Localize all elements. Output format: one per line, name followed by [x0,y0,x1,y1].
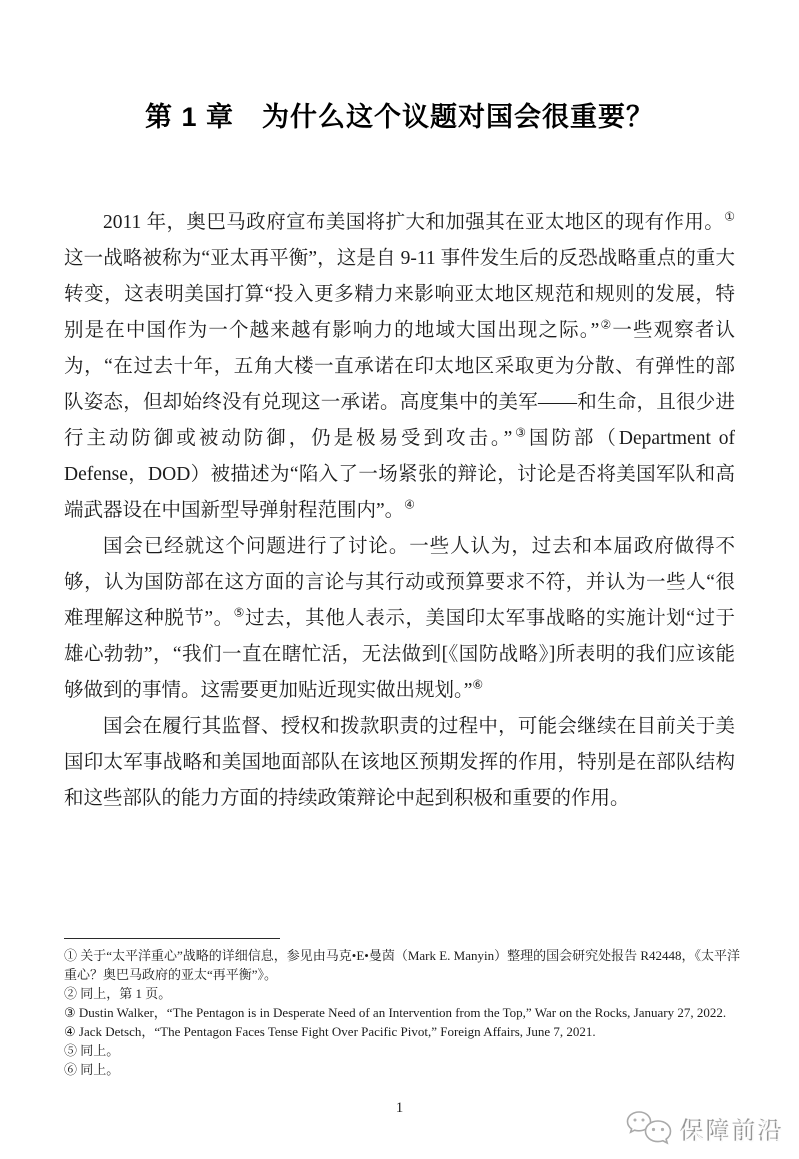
watermark: 保障前沿 [625,1109,785,1149]
paragraph-2: 国会已经就这个问题进行了讨论。一些人认为，过去和本届政府做得不够，认为国防部在这… [64,529,735,709]
body-text: 2011 年，奥巴马政府宣布美国将扩大和加强其在亚太地区的现有作用。①这一战略被… [64,205,735,817]
document-page: 第 1 章 为什么这个议题对国会很重要？ 2011 年，奥巴马政府宣布美国将扩大… [0,0,799,1159]
paragraph-3: 国会在履行其监督、授权和拨款职责的过程中，可能会继续在目前关于美国印太军事战略和… [64,709,735,817]
footnote-3: ③ Dustin Walker，“The Pentagon is in Desp… [64,1003,742,1022]
watermark-label: 保障前沿 [681,1112,785,1147]
footnote-5: ⑤ 同上。 [64,1041,742,1060]
footnote-2: ② 同上，第 1 页。 [64,984,742,1003]
footnote-4: ④ Jack Detsch，“The Pentagon Faces Tense … [64,1022,742,1041]
footnote-6: ⑥ 同上。 [64,1060,742,1079]
footnote-1: ① 关于“太平洋重心”战略的详细信息，参见由马克•E•曼茵（Mark E. Ma… [64,946,742,984]
chat-bubbles-logo-icon [625,1109,673,1149]
paragraph-1: 2011 年，奥巴马政府宣布美国将扩大和加强其在亚太地区的现有作用。①这一战略被… [64,205,735,529]
footnote-separator [64,938,280,939]
chapter-title: 第 1 章 为什么这个议题对国会很重要？ [0,0,799,134]
footnote-section: ① 关于“太平洋重心”战略的详细信息，参见由马克•E•曼茵（Mark E. Ma… [64,938,742,1079]
